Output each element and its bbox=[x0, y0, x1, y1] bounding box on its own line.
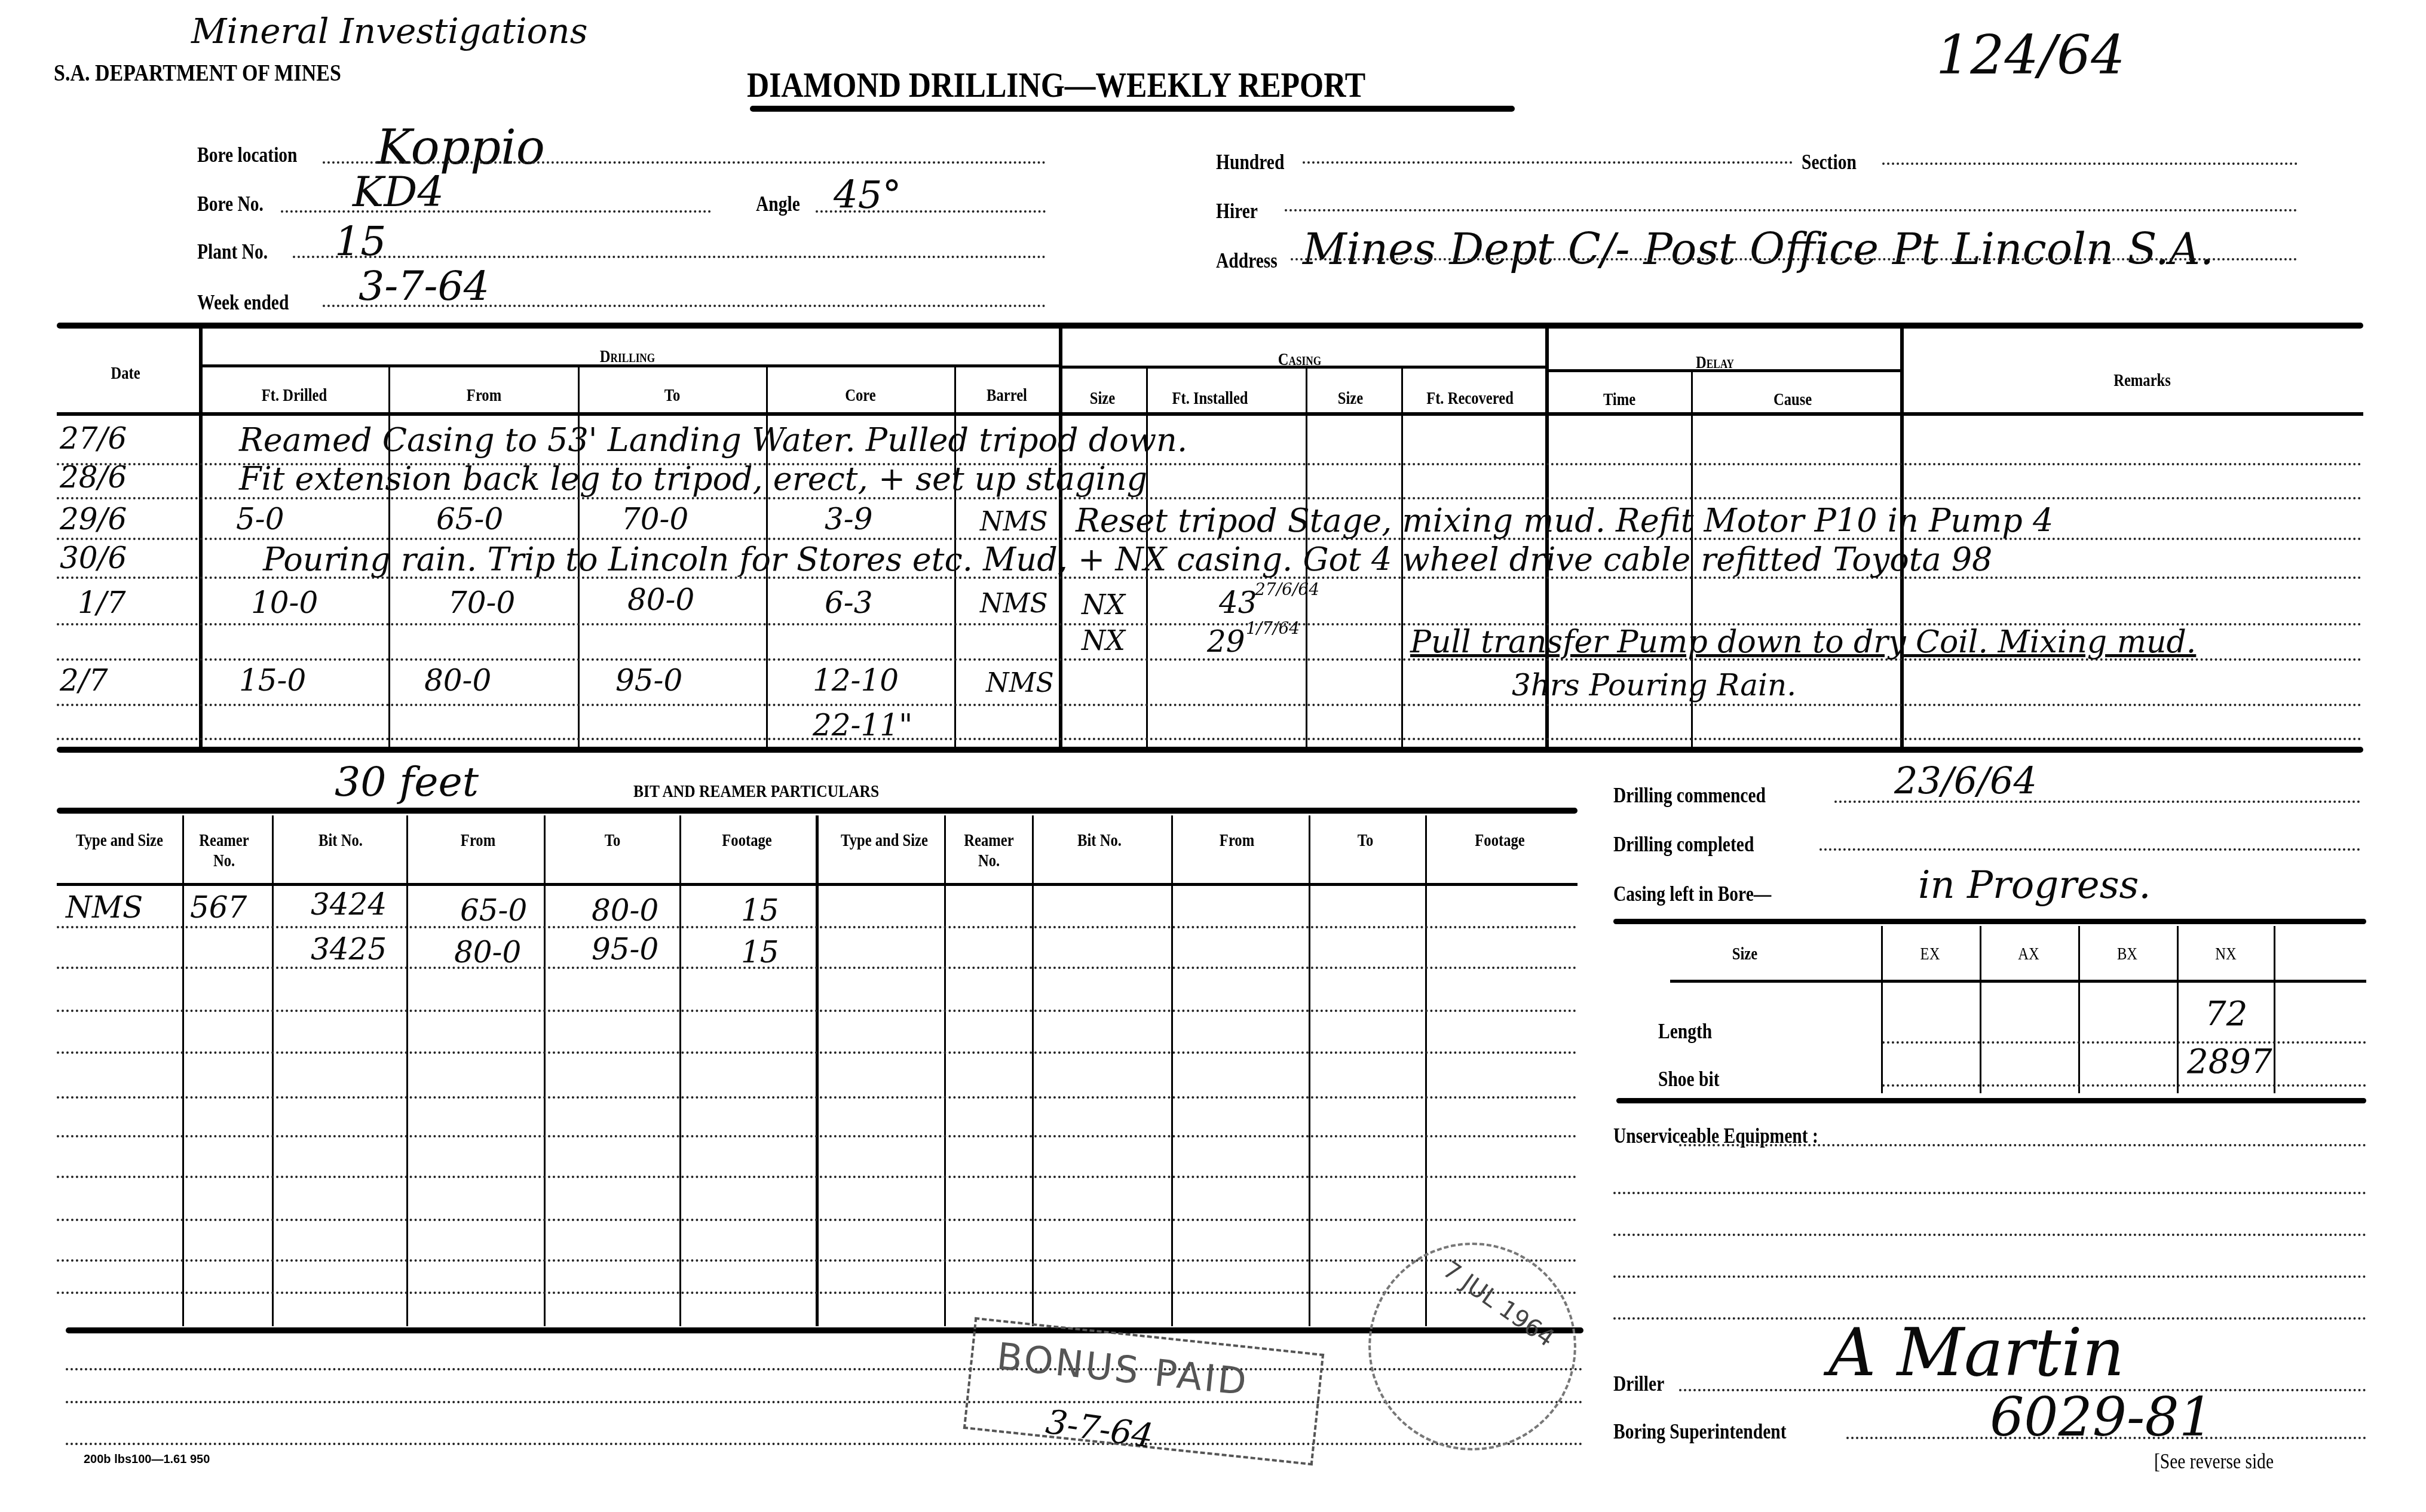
plant-no-label: Plant No. bbox=[197, 239, 268, 264]
col-size2: Size bbox=[1321, 388, 1380, 409]
bit-reamer-title: BIT AND REAMER PARTICULARS bbox=[633, 781, 879, 802]
hundred-line bbox=[1303, 161, 1793, 164]
divider bbox=[1881, 926, 1883, 1093]
row6-note: Pull transfer Pump down to dry Coil. Mix… bbox=[1410, 624, 2196, 660]
superintendent-value[interactable]: 6029-81 bbox=[1990, 1386, 2213, 1449]
row4-date: 30/6 bbox=[60, 541, 127, 575]
divider bbox=[1613, 919, 2366, 924]
row7-ft-drilled: 15-0 bbox=[239, 663, 306, 698]
report-title: DIAMOND DRILLING—WEEKLY REPORT bbox=[747, 65, 1365, 106]
row6-installed-date: 1/7/64 bbox=[1246, 618, 1300, 638]
divider bbox=[1032, 815, 1034, 1326]
row6-casing-size: NX bbox=[1082, 624, 1125, 657]
col-time: Time bbox=[1566, 389, 1673, 410]
row5-casing-size: NX bbox=[1082, 588, 1125, 621]
print-code: 200b lbs100—1.61 950 bbox=[84, 1453, 210, 1467]
title-underline bbox=[750, 106, 1515, 112]
divider bbox=[66, 1368, 1583, 1370]
row5-core: 6-3 bbox=[825, 585, 873, 620]
address-line bbox=[1291, 258, 2298, 260]
hirer-line bbox=[1285, 209, 2298, 211]
bit-row2-from: 80-0 bbox=[454, 935, 521, 970]
see-reverse-note: [See reverse side bbox=[2154, 1449, 2274, 1474]
length-label: Length bbox=[1658, 1019, 1712, 1044]
row5-to: 80-0 bbox=[627, 582, 694, 617]
divider bbox=[1548, 369, 1900, 372]
drilling-commenced-value[interactable]: 23/6/64 bbox=[1894, 759, 2037, 802]
divider bbox=[1846, 1437, 2366, 1439]
col-barrel: Barrel bbox=[965, 385, 1048, 406]
address-value[interactable]: Mines Dept C/- Post Office Pt Lincoln S.… bbox=[1303, 224, 2214, 274]
divider bbox=[201, 364, 1059, 367]
divider bbox=[57, 967, 1577, 969]
row2-date: 28/6 bbox=[60, 460, 127, 495]
plant-no-value[interactable]: 15 bbox=[335, 218, 387, 265]
col-date: Date bbox=[96, 363, 155, 384]
row3-note: Reset tripod Stage, mixing mud. Refit Mo… bbox=[1076, 502, 2053, 539]
col-ft-recovered: Ft. Recovered bbox=[1411, 388, 1529, 409]
divider bbox=[1613, 1192, 2366, 1194]
divider bbox=[57, 1051, 1577, 1054]
divider bbox=[2177, 926, 2179, 1093]
bonus-paid-text: BONUS PAID bbox=[971, 1320, 1322, 1411]
row7-date: 2/7 bbox=[60, 663, 108, 698]
row1-note: Reamed Casing to 53' Landing Water. Pull… bbox=[239, 421, 1187, 459]
section-label: Section bbox=[1802, 149, 1857, 174]
row3-from: 65-0 bbox=[436, 502, 503, 536]
divider bbox=[57, 1010, 1577, 1012]
drilling-commenced-line bbox=[1834, 801, 2360, 803]
bit-table-bottom-rule bbox=[66, 1327, 1583, 1333]
divider bbox=[816, 815, 819, 1326]
divider bbox=[57, 738, 2363, 740]
divider bbox=[272, 815, 274, 1326]
divider bbox=[57, 1096, 1577, 1099]
bit-col-type-size-1: Type and Size bbox=[68, 830, 171, 851]
divider bbox=[1980, 926, 1981, 1093]
row7-core: 12-10 bbox=[813, 663, 899, 698]
bit-row1-from: 65-0 bbox=[460, 893, 527, 928]
row5-ft-drilled: 10-0 bbox=[251, 585, 318, 620]
row3-date: 29/6 bbox=[60, 502, 127, 536]
driller-signature[interactable]: A Martin bbox=[1828, 1314, 2124, 1391]
table-bottom-rule bbox=[57, 747, 2363, 753]
bore-no-value[interactable]: KD4 bbox=[353, 167, 444, 216]
angle-label: Angle bbox=[756, 191, 800, 216]
divider bbox=[182, 815, 184, 1326]
divider bbox=[1679, 1144, 2366, 1146]
col-ft-installed: Ft. Installed bbox=[1156, 388, 1264, 409]
divider bbox=[1613, 1275, 2366, 1278]
divider bbox=[2274, 926, 2275, 1093]
casing-col-ax: AX bbox=[1989, 944, 2067, 964]
bit-row2-bit-no: 3425 bbox=[311, 932, 387, 967]
row5-installed-date: 27/6/64 bbox=[1255, 579, 1319, 599]
casing-size-label: Size bbox=[1716, 944, 1774, 964]
week-ended-value[interactable]: 3-7-64 bbox=[359, 263, 489, 310]
bit-col-from-2: From bbox=[1183, 830, 1291, 851]
row7-to: 95-0 bbox=[615, 663, 682, 698]
col-casing-size: Size bbox=[1068, 388, 1137, 409]
row5-from: 70-0 bbox=[448, 585, 515, 620]
bit-col-reamer-no-2: Reamer No. bbox=[955, 830, 1024, 871]
col-core: Core bbox=[785, 385, 936, 406]
bit-row1-type-size: NMS bbox=[66, 890, 143, 925]
row3-to: 70-0 bbox=[621, 502, 688, 536]
shoe-bit-nx: 2897 bbox=[2187, 1042, 2272, 1081]
group-drilling: Drilling bbox=[554, 346, 701, 367]
bit-col-bit-no-1: Bit No. bbox=[287, 830, 394, 851]
casing-left-value[interactable]: in Progress. bbox=[1918, 863, 2151, 907]
row7-barrel: NMS bbox=[986, 668, 1054, 698]
row3-barrel: NMS bbox=[980, 507, 1048, 537]
divider bbox=[57, 704, 2363, 706]
bit-col-bit-no-2: Bit No. bbox=[1046, 830, 1153, 851]
divider bbox=[66, 1443, 1583, 1445]
row1-date: 27/6 bbox=[60, 421, 127, 456]
department-name: S.A. DEPARTMENT OF MINES bbox=[54, 59, 341, 87]
divider bbox=[57, 1292, 1577, 1294]
table-top-rule bbox=[57, 323, 2363, 329]
divider bbox=[544, 815, 546, 1326]
divider bbox=[57, 1176, 1577, 1178]
divider bbox=[2078, 926, 2080, 1093]
length-nx: 72 bbox=[2205, 995, 2247, 1033]
divider bbox=[1613, 1234, 2366, 1236]
row5-date: 1/7 bbox=[78, 585, 125, 620]
divider bbox=[1882, 1041, 2366, 1044]
divider bbox=[66, 1401, 1583, 1403]
bore-location-line bbox=[323, 161, 1046, 164]
drilling-completed-line bbox=[1819, 848, 2360, 851]
annotation-mineral-investigations: Mineral Investigations bbox=[191, 11, 588, 51]
bit-row1-bit-no: 3424 bbox=[311, 887, 387, 922]
bit-col-footage-1: Footage bbox=[693, 830, 801, 851]
footage-total-note: 30 feet bbox=[335, 759, 479, 806]
plant-no-line bbox=[293, 256, 1046, 258]
bit-row2-to: 95-0 bbox=[592, 932, 658, 967]
divider bbox=[1061, 366, 1545, 369]
divider bbox=[1425, 815, 1427, 1326]
casing-col-nx: NX bbox=[2186, 944, 2265, 964]
hirer-label: Hirer bbox=[1216, 198, 1258, 223]
divider bbox=[1171, 815, 1173, 1326]
hundred-label: Hundred bbox=[1216, 149, 1284, 174]
casing-col-ex: EX bbox=[1891, 944, 1969, 964]
divider bbox=[1670, 980, 2366, 983]
bit-row1-reamer-no: 567 bbox=[190, 890, 247, 925]
bit-col-to-2: To bbox=[1316, 830, 1414, 851]
row3-ft-drilled: 5-0 bbox=[236, 502, 284, 536]
week-ended-label: Week ended bbox=[197, 290, 289, 315]
divider bbox=[1309, 815, 1310, 1326]
address-label: Address bbox=[1216, 248, 1278, 273]
bit-col-footage-2: Footage bbox=[1441, 830, 1559, 851]
drilling-commenced-label: Drilling commenced bbox=[1613, 783, 1766, 808]
bit-col-type-size-2: Type and Size bbox=[835, 830, 933, 851]
bit-row1-footage: 15 bbox=[741, 893, 779, 928]
col-from: From bbox=[408, 385, 560, 406]
file-number: 124/64 bbox=[1936, 24, 2125, 87]
section-line bbox=[1882, 162, 2298, 165]
row5-barrel: NMS bbox=[980, 588, 1048, 619]
divider bbox=[57, 1135, 1577, 1137]
row3-core: 3-9 bbox=[825, 502, 873, 536]
angle-line bbox=[816, 210, 1046, 213]
divider bbox=[57, 1219, 1577, 1221]
col-cause: Cause bbox=[1710, 389, 1876, 410]
row7-from: 80-0 bbox=[424, 663, 491, 698]
drilling-completed-label: Drilling completed bbox=[1613, 832, 1754, 857]
divider bbox=[57, 926, 1577, 928]
row4-note: Pouring rain. Trip to Lincoln for Stores… bbox=[263, 541, 1992, 578]
week-ended-line bbox=[323, 305, 1046, 307]
superintendent-label: Boring Superintendent bbox=[1613, 1419, 1787, 1444]
driller-label: Driller bbox=[1613, 1371, 1664, 1396]
divider bbox=[406, 815, 408, 1326]
bit-table-top-rule bbox=[57, 808, 1577, 814]
divider bbox=[1616, 1098, 2366, 1103]
divider bbox=[57, 1259, 1577, 1262]
bit-row1-to: 80-0 bbox=[592, 893, 658, 928]
divider bbox=[57, 412, 2363, 416]
row2-note: Fit extension back leg to tripod, erect,… bbox=[239, 460, 1147, 498]
bit-row2-footage: 15 bbox=[741, 935, 779, 970]
casing-left-label: Casing left in Bore— bbox=[1613, 881, 1771, 906]
casing-col-bx: BX bbox=[2088, 944, 2166, 964]
col-to: To bbox=[596, 385, 748, 406]
bit-col-from-1: From bbox=[424, 830, 532, 851]
row5-ft-installed: 43 bbox=[1219, 585, 1257, 620]
divider bbox=[1882, 1084, 2366, 1087]
bit-col-reamer-no-1: Reamer No. bbox=[188, 830, 261, 871]
row7-note: 3hrs Pouring Rain. bbox=[1512, 668, 1796, 703]
core-total: 22-11" bbox=[813, 708, 912, 743]
divider bbox=[679, 815, 681, 1326]
divider bbox=[944, 815, 946, 1326]
col-ft-drilled: Ft. Drilled bbox=[219, 385, 369, 406]
bit-col-to-1: To bbox=[559, 830, 666, 851]
bore-no-label: Bore No. bbox=[197, 191, 264, 216]
group-remarks: Remarks bbox=[2081, 370, 2204, 391]
bore-no-line bbox=[281, 210, 711, 213]
row6-ft-installed: 29 bbox=[1207, 624, 1245, 659]
bore-location-label: Bore location bbox=[197, 142, 298, 167]
shoe-bit-label: Shoe bit bbox=[1658, 1066, 1720, 1091]
